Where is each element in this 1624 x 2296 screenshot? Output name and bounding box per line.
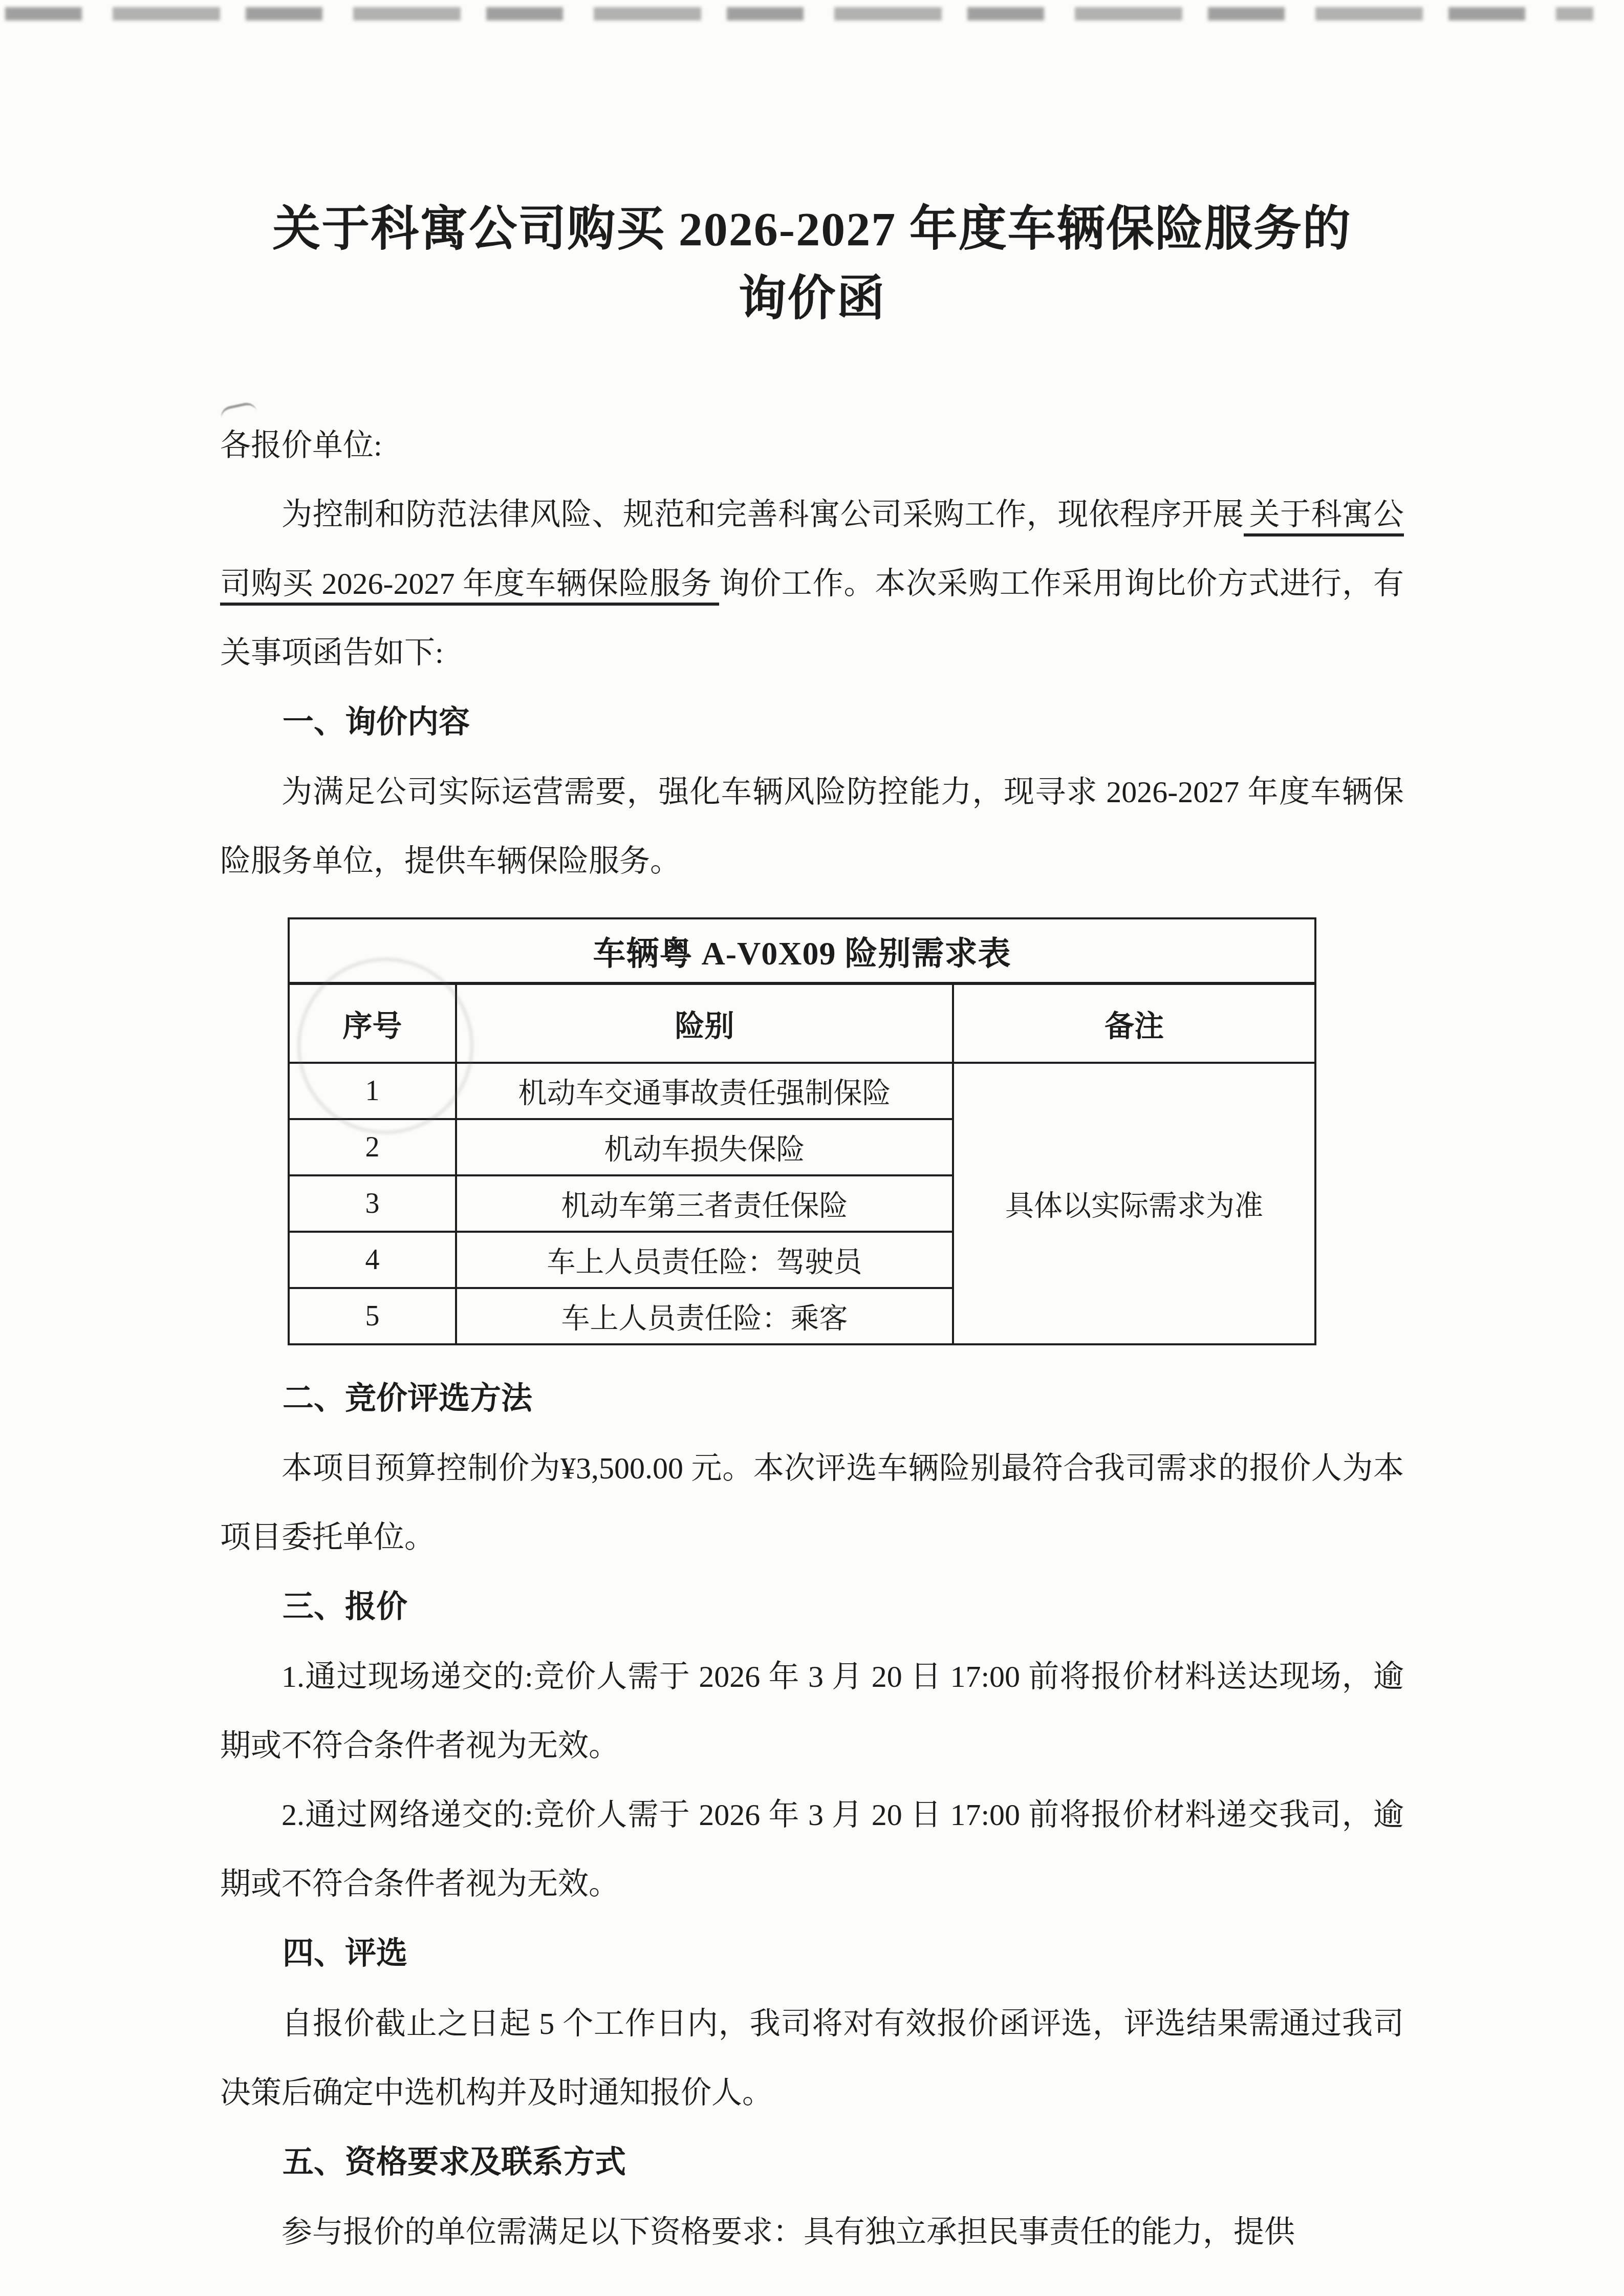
table-header-name: 险别 — [456, 983, 953, 1063]
row-name: 机动车损失保险 — [456, 1119, 953, 1175]
section-3-paragraph-1: 1.通过现场递交的:竞价人需于 2026 年 3 月 20 日 17:00 前将… — [220, 1642, 1404, 1780]
table-remark-cell: 具体以实际需求为准 — [953, 1063, 1315, 1344]
section-2-paragraph-1: 本项目预算控制价为¥3,500.00 元。本次评选车辆险别最符合我司需求的报价人… — [220, 1434, 1404, 1572]
table-header-remark: 备注 — [953, 983, 1315, 1063]
section-4-paragraph-1: 自报价截止之日起 5 个工作日内，我司将对有效报价函评选，评选结果需通过我司决策… — [220, 1989, 1404, 2128]
section-1-paragraph-1: 为满足公司实际运营需要，强化车辆风险防控能力，现寻求 2026-2027 年度车… — [220, 758, 1404, 896]
salutation: 各报价单位: — [220, 411, 1404, 480]
row-no: 5 — [289, 1288, 456, 1344]
table-title-row: 车辆粤 A-V0X09 险别需求表 — [289, 918, 1315, 983]
section-heading-2: 二、竞价评选方法 — [220, 1364, 1404, 1434]
intro-paragraph: 为控制和防范法律风险、规范和完善科寓公司采购工作，现依程序开展关于科寓公司购买 … — [220, 480, 1404, 688]
row-name: 车上人员责任险：驾驶员 — [456, 1232, 953, 1288]
section-heading-5: 五、资格要求及联系方式 — [220, 2128, 1404, 2198]
document-page: 关于科寓公司购买 2026-2027 年度车辆保险服务的 询价函 各报价单位: … — [0, 0, 1624, 2296]
document-title-line1: 关于科寓公司购买 2026-2027 年度车辆保险服务的 — [220, 195, 1404, 264]
row-name: 机动车第三者责任保险 — [456, 1175, 953, 1232]
document-title-line2: 询价函 — [220, 264, 1404, 334]
row-no: 4 — [289, 1232, 456, 1288]
intro-text-pre: 为控制和防范法律风险、规范和完善科寓公司采购工作，现依程序开展 — [282, 498, 1244, 531]
faint-stamp-mark — [297, 957, 474, 1134]
section-5-paragraph-1: 参与报价的单位需满足以下资格要求：具有独立承担民事责任的能力，提供 — [220, 2198, 1404, 2267]
row-name: 车上人员责任险：乘客 — [456, 1288, 953, 1344]
row-no: 3 — [289, 1175, 456, 1232]
section-heading-4: 四、评选 — [220, 1919, 1404, 1989]
section-3-paragraph-2: 2.通过网络递交的:竞价人需于 2026 年 3 月 20 日 17:00 前将… — [220, 1780, 1404, 1919]
document-title: 关于科寓公司购买 2026-2027 年度车辆保险服务的 询价函 — [220, 195, 1404, 334]
scan-artifact-strip — [5, 7, 1593, 20]
section-heading-3: 三、报价 — [220, 1572, 1404, 1642]
table-title: 车辆粤 A-V0X09 险别需求表 — [289, 918, 1315, 983]
row-name: 机动车交通事故责任强制保险 — [456, 1063, 953, 1119]
section-heading-1: 一、询价内容 — [220, 688, 1404, 758]
